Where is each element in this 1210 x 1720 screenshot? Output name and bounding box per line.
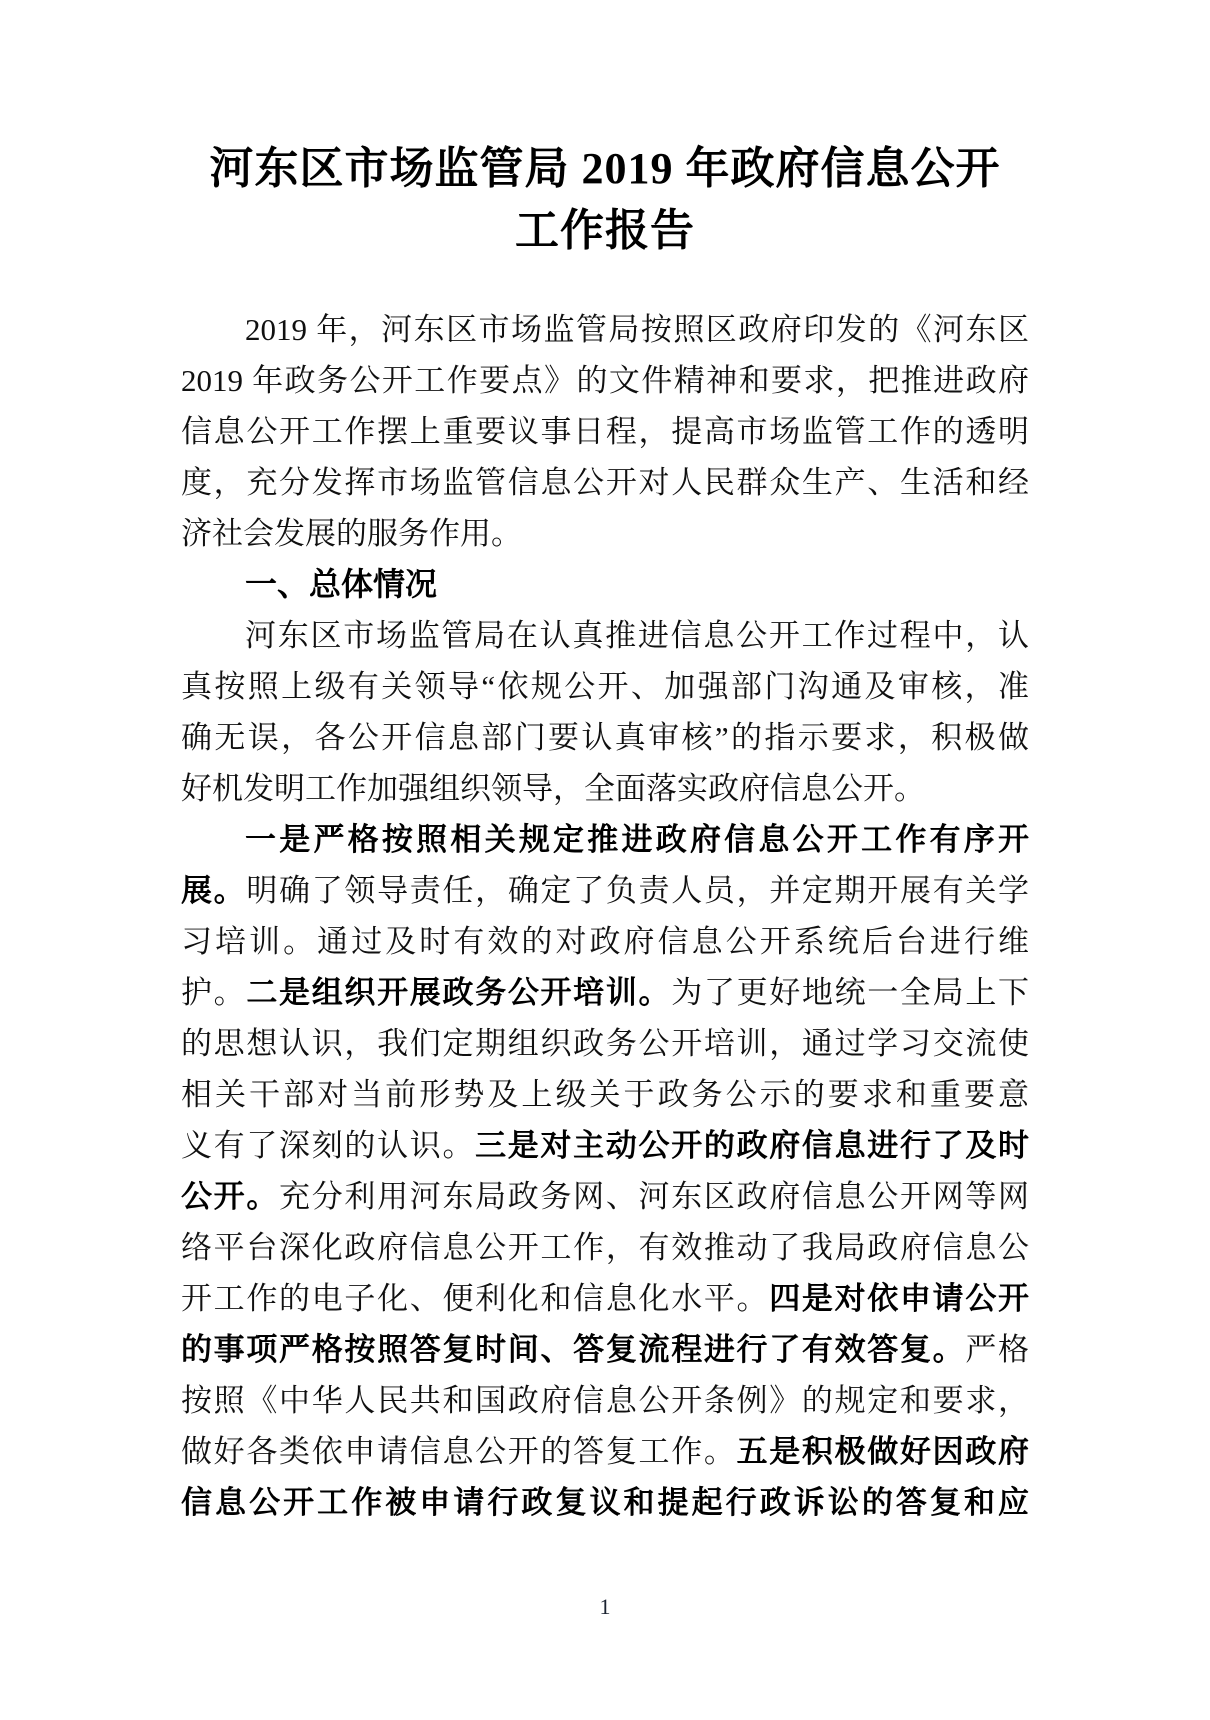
text-run: 2019 年政务公开工作要点》的文件精神和要求，把推进政府 xyxy=(181,363,1029,398)
text-line: 展。明确了领导责任，确定了负责人员，并定期开展有关学 xyxy=(181,865,1029,916)
text-run: 河东区市场监管局在认真推进信息公开工作过程中，认 xyxy=(245,618,1029,653)
document-title-line-2: 工作报告 xyxy=(0,200,1210,262)
text-run: 按照《中华人民共和国政府信息公开条例》的规定和要求， xyxy=(181,1383,1029,1418)
bold-text-run: 的事项严格按照答复时间、答复流程进行了有效答复。 xyxy=(181,1332,965,1367)
text-line: 2019 年政务公开工作要点》的文件精神和要求，把推进政府 xyxy=(181,355,1029,406)
section-heading: 一、总体情况 xyxy=(181,559,1029,610)
text-line: 信息公开工作摆上重要议事日程，提高市场监管工作的透明 xyxy=(181,406,1029,457)
text-line: 习培训。通过及时有效的对政府信息公开系统后台进行维 xyxy=(181,916,1029,967)
bold-text-run: 展。 xyxy=(181,873,246,908)
text-line: 络平台深化政府信息公开工作，有效推动了我局政府信息公 xyxy=(181,1222,1029,1273)
text-run: 济社会发展的服务作用。 xyxy=(181,516,522,551)
text-run: 充分利用河东局政务网、河东区政府信息公开网等网 xyxy=(279,1179,1029,1214)
text-line: 护。二是组织开展政务公开培训。为了更好地统一全局上下 xyxy=(181,967,1029,1018)
text-line: 做好各类依申请信息公开的答复工作。五是积极做好因政府 xyxy=(181,1426,1029,1477)
text-run: 严格 xyxy=(965,1332,1029,1367)
text-line: 度，充分发挥市场监管信息公开对人民群众生产、生活和经 xyxy=(181,457,1029,508)
text-line: 河东区市场监管局在认真推进信息公开工作过程中，认 xyxy=(181,610,1029,661)
text-run: 确无误，各公开信息部门要认真审核”的指示要求，积极做 xyxy=(181,720,1029,755)
document-title: 河东区市场监管局 2019 年政府信息公开 工作报告 xyxy=(0,138,1210,262)
text-line: 好机发明工作加强组织领导，全面落实政府信息公开。 xyxy=(181,763,1029,814)
bold-text-run: 信息公开工作被申请行政复议和提起行政诉讼的答复和应 xyxy=(181,1485,1029,1520)
bold-text-run: 公开。 xyxy=(181,1179,279,1214)
bold-text-run: 四是对依申请公开 xyxy=(769,1281,1029,1316)
text-line: 开工作的电子化、便利化和信息化水平。四是对依申请公开 xyxy=(181,1273,1029,1324)
text-run: 义有了深刻的认识。 xyxy=(181,1128,475,1163)
text-line: 真按照上级有关领导“依规公开、加强部门沟通及审核，准 xyxy=(181,661,1029,712)
text-line: 2019 年，河东区市场监管局按照区政府印发的《河东区 xyxy=(181,304,1029,355)
text-run: 为了更好地统一全局上下 xyxy=(671,975,1029,1010)
text-line: 按照《中华人民共和国政府信息公开条例》的规定和要求， xyxy=(181,1375,1029,1426)
text-line: 公开。充分利用河东局政务网、河东区政府信息公开网等网 xyxy=(181,1171,1029,1222)
text-run: 习培训。通过及时有效的对政府信息公开系统后台进行维 xyxy=(181,924,1029,959)
text-run: 做好各类依申请信息公开的答复工作。 xyxy=(181,1434,737,1469)
bold-text-run: 五是积极做好因政府 xyxy=(737,1434,1029,1469)
text-line: 一是严格按照相关规定推进政府信息公开工作有序开 xyxy=(181,814,1029,865)
bold-text-run: 三是对主动公开的政府信息进行了及时 xyxy=(475,1128,1029,1163)
text-line: 信息公开工作被申请行政复议和提起行政诉讼的答复和应 xyxy=(181,1477,1029,1528)
text-run: 好机发明工作加强组织领导，全面落实政府信息公开。 xyxy=(181,771,925,806)
text-line: 的思想认识，我们定期组织政务公开培训，通过学习交流使 xyxy=(181,1018,1029,1069)
text-line: 济社会发展的服务作用。 xyxy=(181,508,1029,559)
document-page: 河东区市场监管局 2019 年政府信息公开 工作报告 2019 年，河东区市场监… xyxy=(0,0,1210,1720)
text-run: 明确了领导责任，确定了负责人员，并定期开展有关学 xyxy=(246,873,1029,908)
bold-text-run: 二是组织开展政务公开培训。 xyxy=(246,975,671,1010)
document-title-line-1: 河东区市场监管局 2019 年政府信息公开 xyxy=(0,138,1210,200)
page-footer: 1 xyxy=(0,1592,1210,1622)
bold-text-run: 一、总体情况 xyxy=(245,566,437,602)
text-line: 义有了深刻的认识。三是对主动公开的政府信息进行了及时 xyxy=(181,1120,1029,1171)
document-body: 2019 年，河东区市场监管局按照区政府印发的《河东区2019 年政务公开工作要… xyxy=(181,304,1029,1528)
text-line: 确无误，各公开信息部门要认真审核”的指示要求，积极做 xyxy=(181,712,1029,763)
page-number: 1 xyxy=(600,1594,611,1619)
text-run: 相关干部对当前形势及上级关于政务公示的要求和重要意 xyxy=(181,1077,1029,1112)
text-run: 2019 年，河东区市场监管局按照区政府印发的《河东区 xyxy=(245,312,1029,347)
text-run: 护。 xyxy=(181,975,246,1010)
text-line: 的事项严格按照答复时间、答复流程进行了有效答复。严格 xyxy=(181,1324,1029,1375)
text-run: 信息公开工作摆上重要议事日程，提高市场监管工作的透明 xyxy=(181,414,1029,449)
text-run: 开工作的电子化、便利化和信息化水平。 xyxy=(181,1281,769,1316)
bold-text-run: 一是严格按照相关规定推进政府信息公开工作有序开 xyxy=(245,822,1029,857)
text-run: 真按照上级有关领导“依规公开、加强部门沟通及审核，准 xyxy=(181,669,1029,704)
text-run: 度，充分发挥市场监管信息公开对人民群众生产、生活和经 xyxy=(181,465,1029,500)
text-line: 相关干部对当前形势及上级关于政务公示的要求和重要意 xyxy=(181,1069,1029,1120)
text-run: 络平台深化政府信息公开工作，有效推动了我局政府信息公 xyxy=(181,1230,1029,1265)
text-run: 的思想认识，我们定期组织政务公开培训，通过学习交流使 xyxy=(181,1026,1029,1061)
